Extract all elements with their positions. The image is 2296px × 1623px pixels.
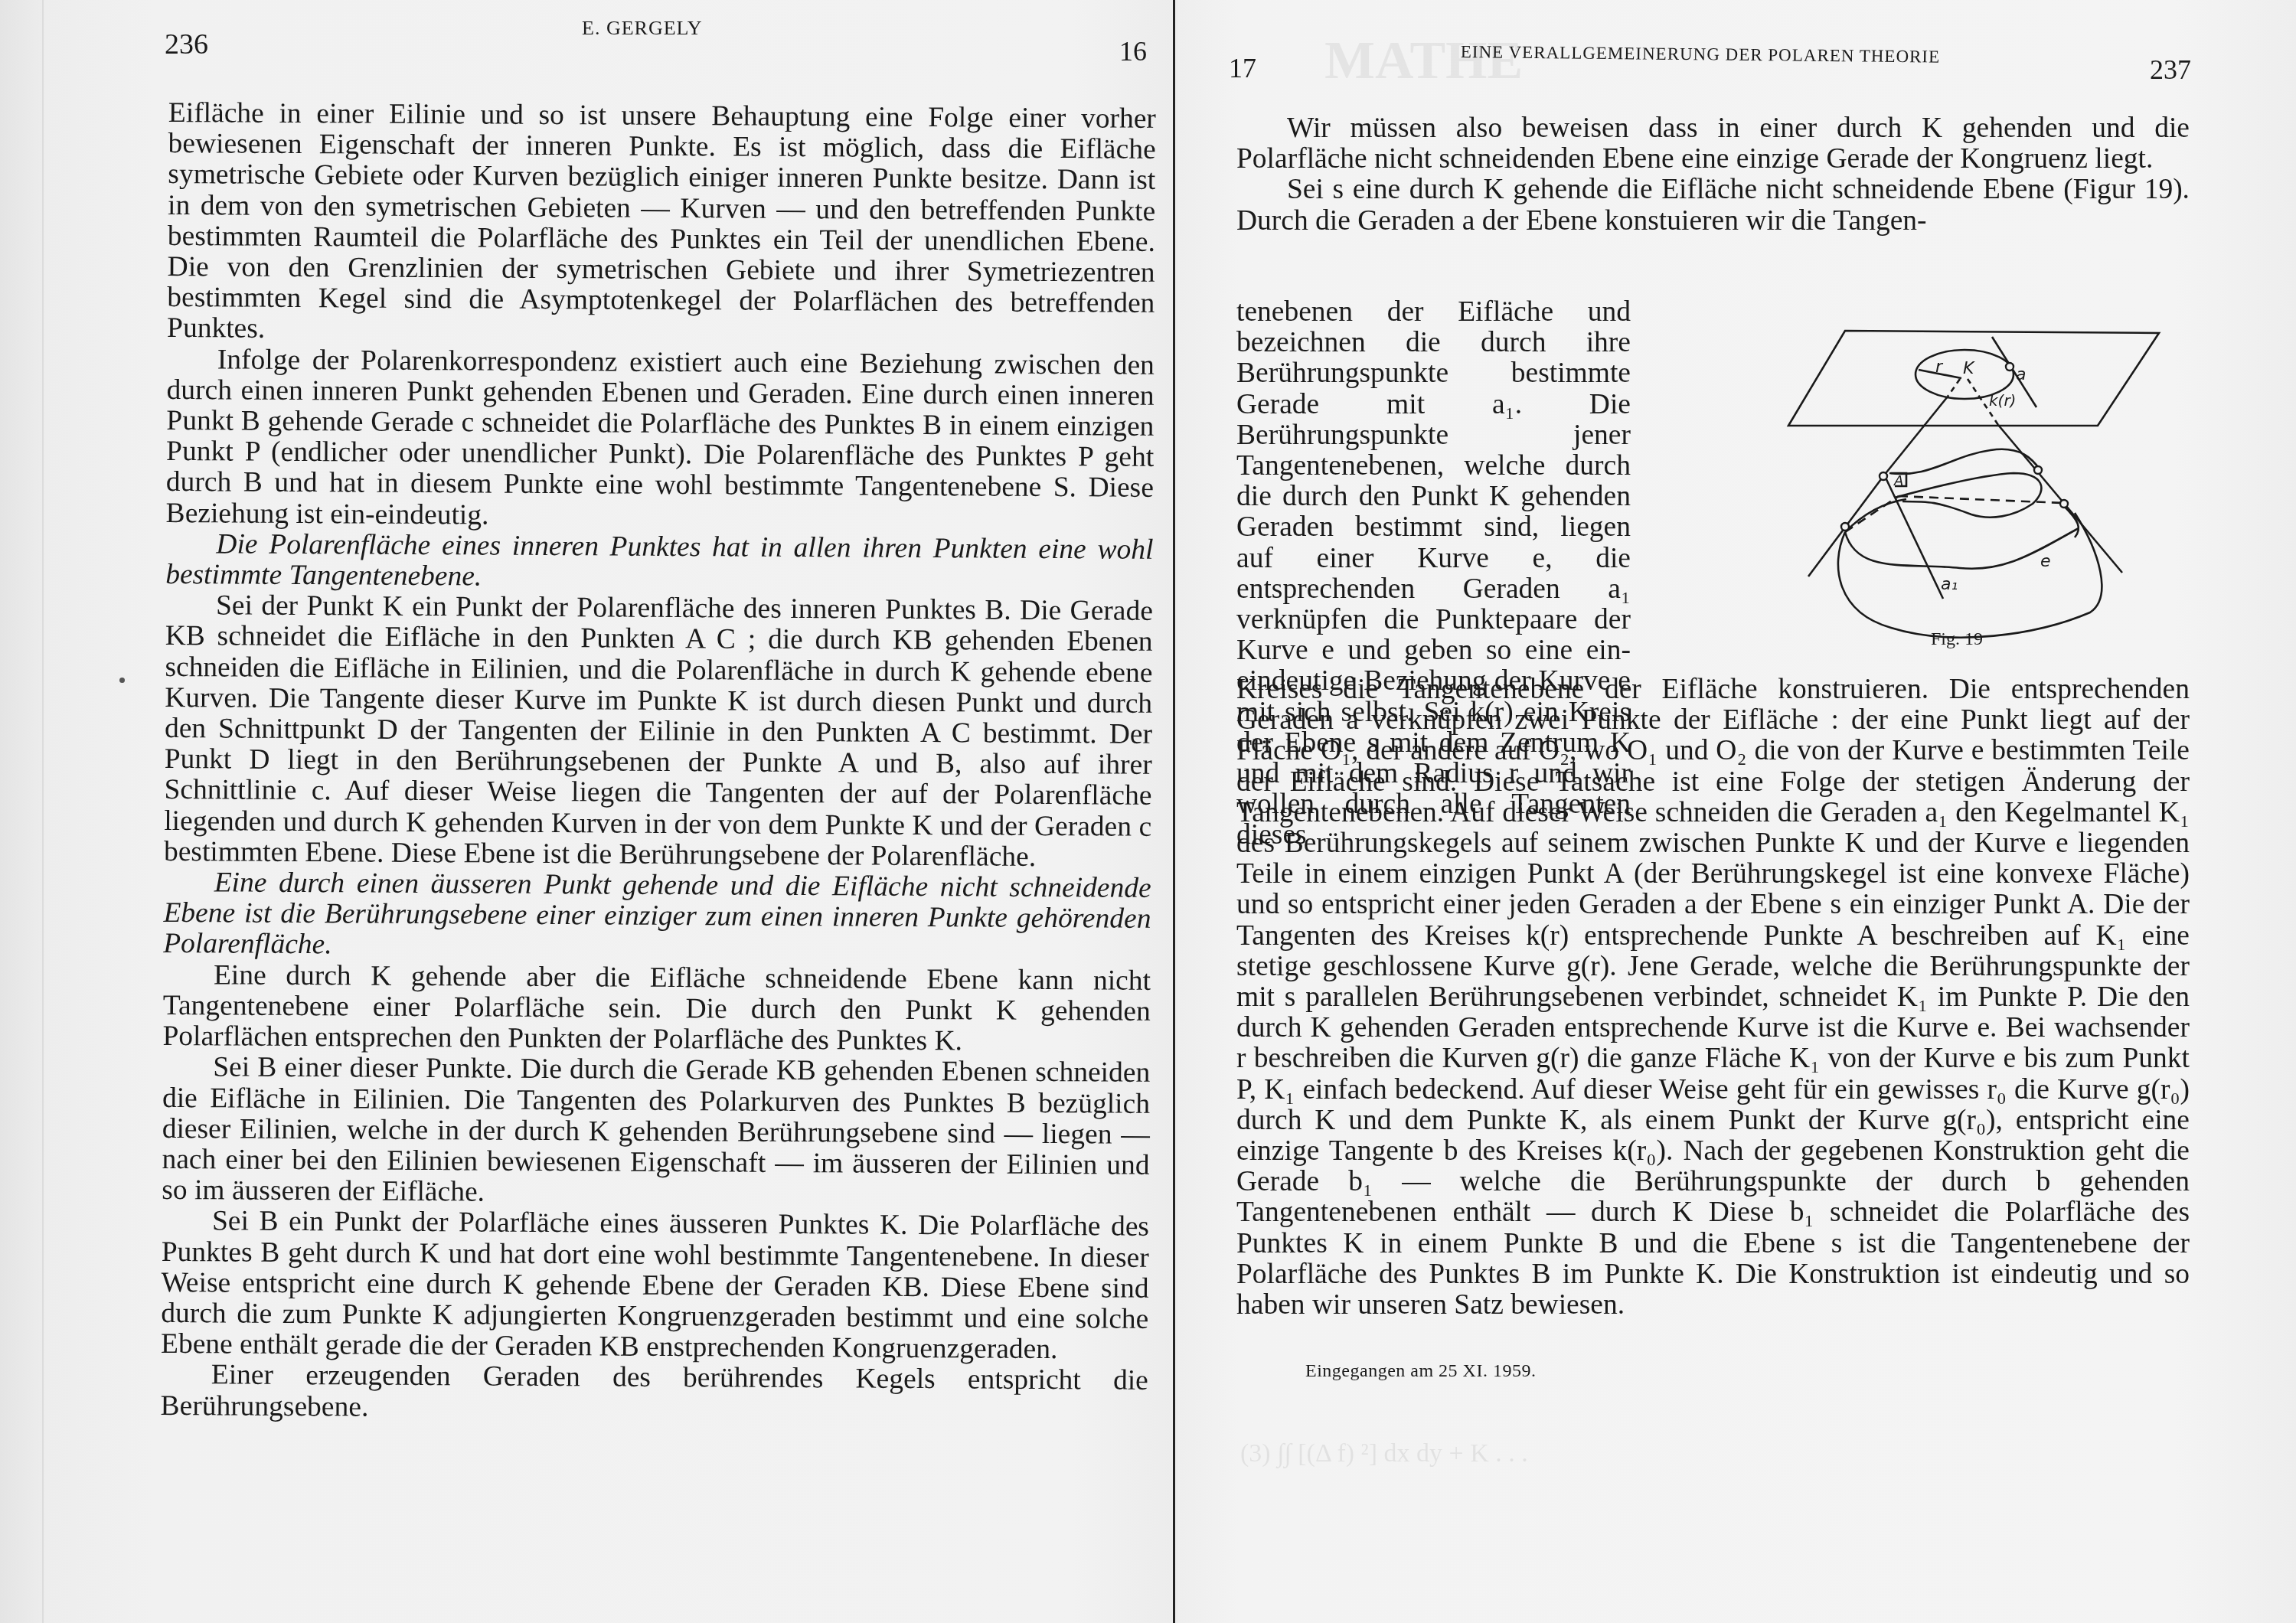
- book-gutter: [1173, 0, 1175, 1623]
- plane-s: [1788, 331, 2159, 426]
- figure-19: r K a k(r) A e a₁: [1784, 299, 2197, 666]
- left-page-number: 236: [165, 28, 208, 61]
- paragraph: Eine durch K gehende aber die Eifläche s…: [162, 960, 1151, 1058]
- right-section-number: 17: [1229, 52, 1256, 84]
- received-date-note: Eingegangen am 25 XI. 1959.: [1305, 1361, 1536, 1382]
- label-a: a: [2016, 365, 2026, 384]
- eifläche-diagram: r K a k(r) A e a₁: [1784, 299, 2197, 666]
- margin-mark: [119, 678, 125, 683]
- label-e: e: [2040, 552, 2051, 571]
- theorem-paragraph: Die Polarenfläche eines inneren Punktes …: [165, 529, 1153, 596]
- left-body-text: Eifläche in einer Eilinie und so ist uns…: [160, 98, 1156, 1428]
- figure-caption: Fig. 19: [1931, 629, 1983, 650]
- paragraph: Infolge der Polarenkorrespondenz existie…: [166, 345, 1155, 535]
- right-body-text: Kreises die Tangentenebene der Eifläche …: [1236, 674, 2190, 1321]
- paragraph: Sei B ein Punkt der Polarfläche eines äu…: [161, 1206, 1149, 1366]
- label-K: K: [1963, 359, 1975, 378]
- page-stack-edge: [42, 0, 44, 1623]
- theorem-paragraph: Eine durch einen äusseren Punkt gehende …: [163, 867, 1151, 965]
- paragraph: Einer erzeugenden Geraden des berührende…: [160, 1360, 1148, 1427]
- paragraph: Sei B einer dieser Punkte. Die durch die…: [162, 1052, 1150, 1212]
- right-page-number: 237: [2150, 54, 2191, 86]
- label-a1: a₁: [1941, 575, 1958, 594]
- right-top-text: Wir müssen also beweisen dass in einer d…: [1236, 113, 2190, 237]
- left-section-number: 16: [1119, 35, 1147, 67]
- paragraph: Sei der Punkt K ein Punkt der Polarenflä…: [164, 590, 1153, 874]
- left-running-head: E. GERGELY: [582, 17, 703, 40]
- left-page: 236 E. GERGELY 16 Eifläche in einer Eili…: [0, 0, 1178, 1623]
- label-k-r: k(r): [1989, 391, 2016, 410]
- label-A: A: [1893, 473, 1903, 489]
- paragraph: Wir müssen also beweisen dass in einer d…: [1236, 113, 2190, 175]
- bleed-through-lower: (3) ∫∫ [(Δ f) ²] dx dy + K . . .: [1240, 1439, 1528, 1468]
- paragraph: Eifläche in einer Eilinie und so ist uns…: [167, 98, 1156, 350]
- paragraph: Sei s eine durch K gehende die Eifläche …: [1236, 175, 2190, 236]
